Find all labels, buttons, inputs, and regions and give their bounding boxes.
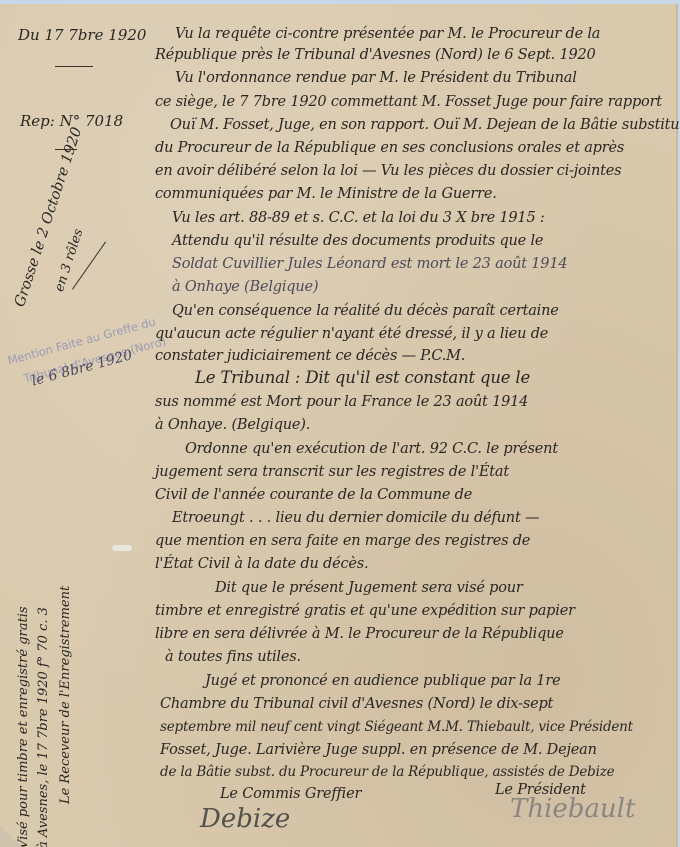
divider — [55, 66, 93, 67]
margin-grosse: Grosse le 2 Octobre 1920 — [12, 125, 85, 309]
body-line: communiquées par M. le Ministre de la Gu… — [155, 186, 497, 202]
body-line: ce siège, le 7 7bre 1920 commettant M. F… — [155, 94, 662, 110]
body-line: timbre et enregistré gratis et qu'une ex… — [155, 603, 575, 619]
body-line: constater judiciairement ce décès — P.C.… — [155, 348, 465, 364]
staple-mark — [112, 545, 132, 551]
body-line: libre en sera délivrée à M. le Procureur… — [155, 626, 564, 642]
body-line: Etroeungt . . . lieu du dernier domicile… — [172, 510, 539, 526]
body-line: du Procureur de la République en ses con… — [155, 140, 624, 156]
margin-date: Du 17 7bre 1920 — [18, 26, 146, 44]
body-line: Qu'en conséquence la réalité du décès pa… — [172, 303, 559, 319]
body-line: République près le Tribunal d'Avesnes (N… — [155, 47, 596, 63]
body-line: en avoir délibéré selon la loi — Vu les … — [155, 163, 621, 179]
signature-president: Thiebault — [510, 794, 635, 824]
body-line: l'État Civil à la date du décès. — [155, 556, 368, 572]
body-line: à Onhaye. (Belgique). — [155, 417, 310, 433]
body-line: Dit que le présent Jugement sera visé po… — [215, 580, 523, 596]
body-line: à toutes fins utiles. — [165, 649, 301, 665]
greffier-label: Le Commis Greffier — [220, 786, 361, 802]
enregistrement-line2: à Avesnes, le 17 7bre 1920 f° 70 c. 3 — [36, 607, 51, 847]
tribunal-heading: Le Tribunal : Dit qu'il est constant que… — [195, 368, 530, 387]
body-line: Civil de l'année courante de la Commune … — [155, 487, 472, 503]
body-line: Fosset, Juge. Larivière Juge suppl. en p… — [160, 742, 597, 758]
signature-greffier: Debize — [200, 804, 290, 834]
enregistrement-line1: Visé pour timbre et enregistré gratis — [16, 606, 31, 847]
body-line: septembre mil neuf cent vingt Siégeant M… — [160, 719, 633, 735]
body-line: Chambre du Tribunal civil d'Avesnes (Nor… — [160, 696, 553, 712]
body-line: que mention en sera faite en marge des r… — [155, 533, 530, 549]
body-line: Soldat Cuvillier Jules Léonard est mort … — [172, 256, 567, 272]
body-line: de la Bâtie subst. du Procureur de la Ré… — [160, 764, 614, 780]
body-line: Ordonne qu'en exécution de l'art. 92 C.C… — [185, 441, 558, 457]
body-line: Vu la requête ci-contre présentée par M.… — [175, 26, 600, 42]
body-line: Vu l'ordonnance rendue par M. le Préside… — [175, 70, 577, 86]
body-line: Attendu qu'il résulte des documents prod… — [172, 233, 543, 249]
body-line: à Onhaye (Belgique) — [172, 279, 318, 295]
body-line: Ouï M. Fosset, Juge, en son rapport. Ouï… — [170, 117, 680, 133]
enregistrement-line3: Le Receveur de l'Enregistrement — [58, 586, 73, 804]
body-line: Vu les art. 88-89 et s. C.C. et la loi d… — [172, 210, 545, 226]
margin-roles: en 3 rôles — [52, 227, 86, 294]
body-line: Jugé et prononcé en audience publique pa… — [205, 673, 560, 689]
body-line: sus nommé est Mort pour la France le 23 … — [155, 394, 528, 410]
body-line: qu'aucun acte régulier n'ayant été dress… — [155, 326, 548, 342]
document-page: Du 17 7bre 1920 Rep: N° 7018 Grosse le 2… — [0, 4, 678, 847]
body-line: jugement sera transcrit sur les registre… — [155, 464, 509, 480]
page-corner-fold — [0, 825, 22, 847]
